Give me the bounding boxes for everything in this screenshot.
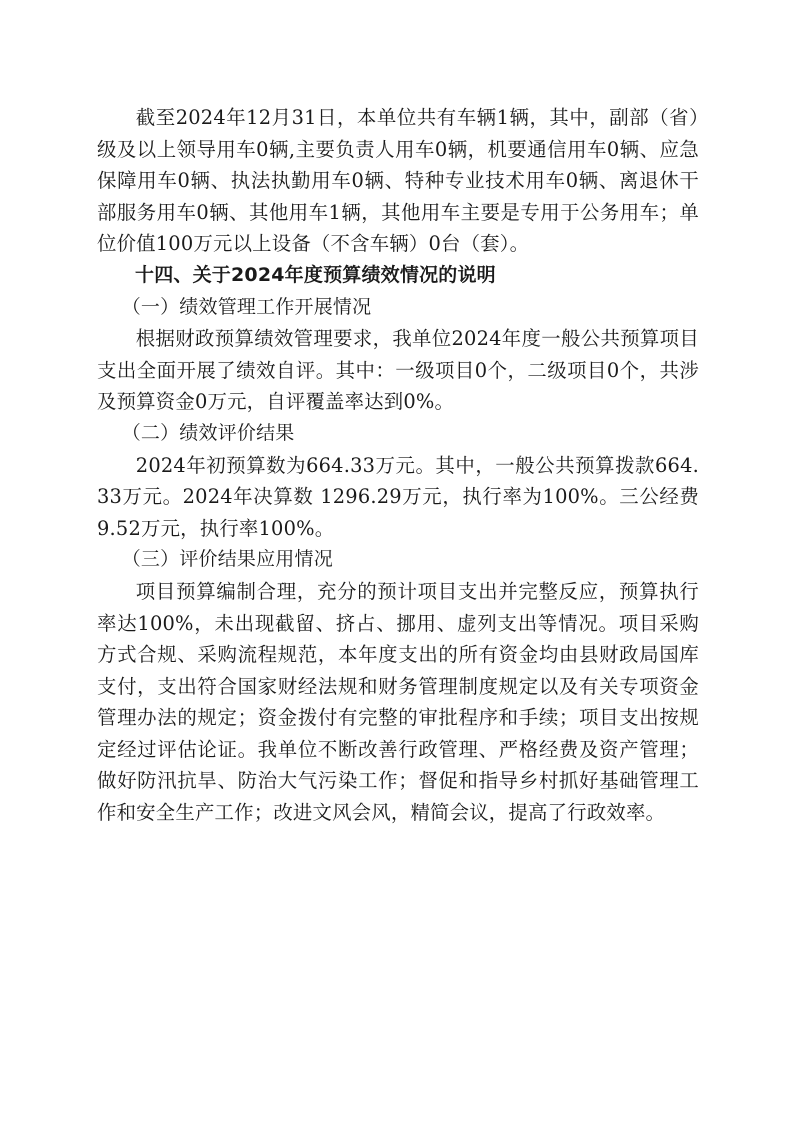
vehicles-paragraph: 截至2024年12月31日，本单位共有车辆1辆，其中，副部（省）级及以上领导用车… [97,102,699,260]
subsection-2-heading: （二）绩效评价结果 [97,418,699,450]
subsection-3-heading: （三）评价结果应用情况 [97,544,699,576]
subsection-1-body: 根据财政预算绩效管理要求，我单位2024年度一般公共预算项目支出全面开展了绩效自… [97,323,699,418]
section-14-heading: 十四、关于2024年度预算绩效情况的说明 [97,260,699,292]
subsection-3-body: 项目预算编制合理，充分的预计项目支出并完整反应，预算执行率达100%，未出现截留… [97,576,699,829]
subsection-2-body: 2024年初预算数为664.33万元。其中，一般公共预算拨款664.33万元。2… [97,450,699,545]
document-page: 截至2024年12月31日，本单位共有车辆1辆，其中，副部（省）级及以上领导用车… [97,102,699,829]
subsection-1-heading: （一）绩效管理工作开展情况 [97,292,699,324]
